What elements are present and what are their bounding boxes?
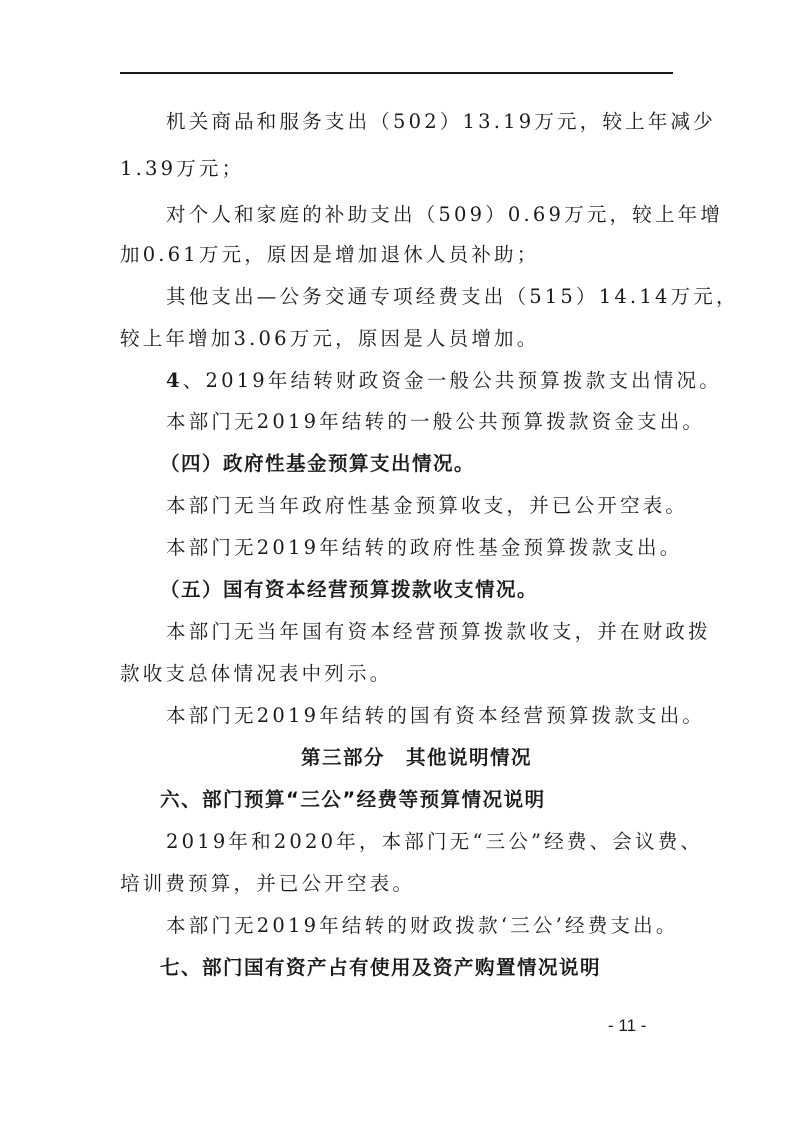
paragraph-line: 加0.61万元，原因是增加退休人员补助； <box>120 243 539 267</box>
paragraph-line: 款收支总体情况表中列示。 <box>120 662 392 686</box>
paragraph-line: 机关商品和服务支出（502）13.19万元，较上年减少 <box>166 110 716 134</box>
paragraph-line: 2019年和2020年，本部门无“三公”经费、会议费、 <box>166 830 703 854</box>
part-title: 第三部分 其他说明情况 <box>0 746 793 770</box>
subsection-text: 、2019年结转财政资金一般公共预算拨款支出情况。 <box>183 369 722 392</box>
page-number: - 11 - <box>608 1016 646 1036</box>
paragraph-line: 对个人和家庭的补助支出（509）0.69万元，较上年增 <box>166 203 723 227</box>
subsection-number: 4 <box>166 369 183 392</box>
paragraph-line: 其他支出—公务交通专项经费支出（515）14.14万元， <box>166 285 739 309</box>
paragraph-line: 本部门无2019年结转的财政拨款‘三公’经费支出。 <box>166 914 679 938</box>
header-rule <box>120 72 673 74</box>
section-heading-four: （四）政府性基金预算支出情况。 <box>160 452 475 476</box>
section-heading-six: 六、部门预算“三公”经费等预算情况说明 <box>160 788 546 812</box>
paragraph-line: 培训费预算，并已公开空表。 <box>120 872 415 896</box>
section-heading-five: （五）国有资本经营预算拨款收支情况。 <box>160 578 538 602</box>
paragraph-line: 较上年增加3.06万元，原因是人员增加。 <box>120 327 539 351</box>
paragraph-line: 本部门无2019年结转的国有资本经营预算拨款支出。 <box>166 704 705 728</box>
section-heading-seven: 七、部门国有资产占有使用及资产购置情况说明 <box>160 956 601 980</box>
paragraph-line: 1.39万元； <box>120 157 244 181</box>
paragraph-line: 本部门无当年政府性基金预算收支，并已公开空表。 <box>166 494 688 518</box>
subsection-heading-4: 4、2019年结转财政资金一般公共预算拨款支出情况。 <box>166 369 722 393</box>
paragraph-line: 本部门无2019年结转的一般公共预算拨款资金支出。 <box>166 410 705 434</box>
paragraph-line: 本部门无当年国有资本经营预算拨款收支，并在财政拨 <box>166 620 711 644</box>
paragraph-line: 本部门无2019年结转的政府性基金预算拨款支出。 <box>166 536 682 560</box>
